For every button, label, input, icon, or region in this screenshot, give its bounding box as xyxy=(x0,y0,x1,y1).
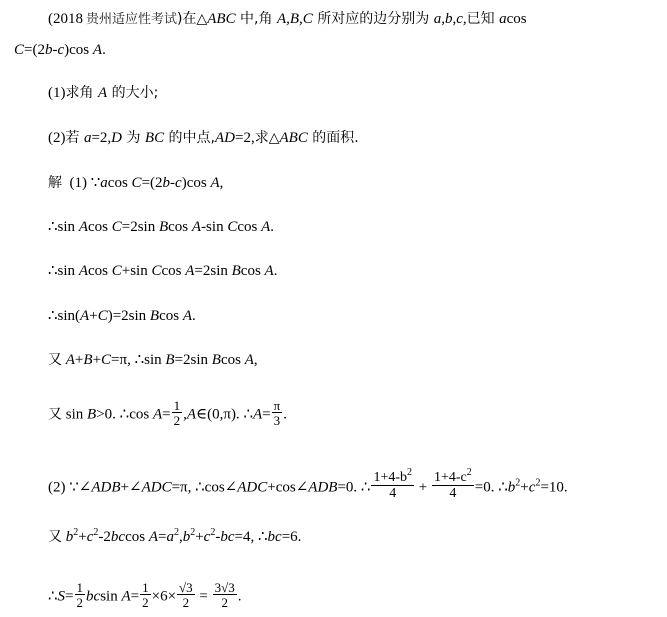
fraction-half: 12 xyxy=(75,581,86,609)
angles: A,B,C xyxy=(277,11,313,27)
var: D xyxy=(111,130,122,146)
question-label: (1) xyxy=(48,85,66,101)
fraction-3sqrt3-over-2: 3√32 xyxy=(213,581,237,609)
fraction-pi-over-3: π3 xyxy=(272,399,283,427)
solution-step-6: 又 sin B>0. ∴cos A=12,A∈(0,π). ∴A=π3. xyxy=(48,401,287,429)
solution-label: 解 xyxy=(48,175,62,191)
text-segment: . xyxy=(102,42,106,58)
therefore-symbol: ∴ xyxy=(243,406,253,422)
text-segment: 求角 xyxy=(66,85,98,101)
also-label: 又 xyxy=(48,352,62,368)
text-segment: 求△ xyxy=(255,130,280,146)
text-segment: 的大小; xyxy=(107,85,158,101)
solution-step-7: (2) ∵∠ADB+∠ADC=π, ∴cos∠ADC+cos∠ADB=0. ∴1… xyxy=(48,473,568,503)
solution-step-8: 又 b2+c2-2bccos A=a2,b2+c2-bc=4, ∴bc=6. xyxy=(48,527,301,547)
text-segment: 中,角 xyxy=(236,11,277,27)
solution-step-2: ∴sin Acos C=2sin Bcos A-sin Ccos A. xyxy=(48,217,274,237)
text-segment: =2, xyxy=(235,130,255,146)
text-segment: 的中点, xyxy=(164,130,215,146)
fraction-c: 1+4-c24 xyxy=(432,471,474,501)
fraction-sqrt3-over-2: √32 xyxy=(177,581,195,609)
solution-step-3: ∴sin Acos C+sin Ccos A=2sin Bcos A. xyxy=(48,261,277,281)
fraction-half: 12 xyxy=(140,581,151,609)
therefore-symbol: ∴ xyxy=(48,308,58,324)
var: BC xyxy=(145,130,164,146)
text-segment: =2, xyxy=(91,130,111,146)
problem-statement-line-1: (2018贵州适应性考试)在△ABC 中,角 A,B,C 所对应的边分别为 a,… xyxy=(48,9,527,30)
text-segment: )cos xyxy=(64,42,93,58)
result-value: =10. xyxy=(540,479,567,495)
problem-source-year: (2018 xyxy=(48,11,83,27)
var: AD xyxy=(215,130,235,146)
problem-source-label: 贵州适应性考试 xyxy=(86,12,177,27)
text-segment: 所对应的边分别为 xyxy=(313,11,434,27)
solution-step-5: 又 A+B+C=π, ∴sin B=2sin Bcos A, xyxy=(48,350,258,370)
var: A xyxy=(98,85,107,101)
text-segment: 若 xyxy=(66,130,84,146)
part-label: (1) xyxy=(70,175,88,191)
question-2: (2)若 a=2,D 为 BC 的中点,AD=2,求△ABC 的面积. xyxy=(48,128,359,148)
question-1: (1)求角 A 的大小; xyxy=(48,83,158,103)
therefore-symbol: ∴ xyxy=(195,479,205,495)
also-label: 又 xyxy=(48,529,62,545)
therefore-symbol: ∴ xyxy=(120,406,130,422)
triangle-name: ABC xyxy=(207,11,235,27)
therefore-symbol: ∴ xyxy=(48,263,58,279)
fraction-b: 1+4-b24 xyxy=(371,471,414,501)
variable-a: a xyxy=(499,11,507,27)
therefore-symbol: ∴ xyxy=(498,479,508,495)
var: C xyxy=(14,42,24,58)
fraction-half: 12 xyxy=(172,399,183,427)
therefore-symbol: ∴ xyxy=(48,219,58,235)
therefore-symbol: ∴ xyxy=(361,479,371,495)
solution-step-9: ∴S=12bcsin A=12×6×√32 = 3√32. xyxy=(48,583,242,611)
text-segment: )在△ xyxy=(177,11,207,27)
text-segment: 的面积. xyxy=(308,130,359,146)
therefore-symbol: ∴ xyxy=(135,352,145,368)
solution-step-4: ∴sin(A+C)=2sin Bcos A. xyxy=(48,306,196,326)
var: ABC xyxy=(280,130,308,146)
var: A xyxy=(93,42,102,58)
also-label: 又 xyxy=(48,406,62,422)
solution-step-1: 解 (1) ∵acos C=(2b-c)cos A, xyxy=(48,173,223,193)
cos-word: cos xyxy=(507,11,527,27)
text-segment: 为 xyxy=(122,130,145,146)
number: 6 xyxy=(160,588,168,604)
therefore-symbol: ∴ xyxy=(258,529,268,545)
result-value: =6. xyxy=(282,529,302,545)
question-label: (2) xyxy=(48,130,66,146)
because-symbol: ∵ xyxy=(69,479,79,495)
sides: a,b,c, xyxy=(434,11,467,27)
therefore-symbol: ∴ xyxy=(48,588,58,604)
text-segment: 已知 xyxy=(467,11,499,27)
problem-statement-line-2: C=(2b-c)cos A. xyxy=(14,40,106,60)
text-segment: =(2 xyxy=(24,42,45,58)
because-symbol: ∵ xyxy=(91,175,101,191)
